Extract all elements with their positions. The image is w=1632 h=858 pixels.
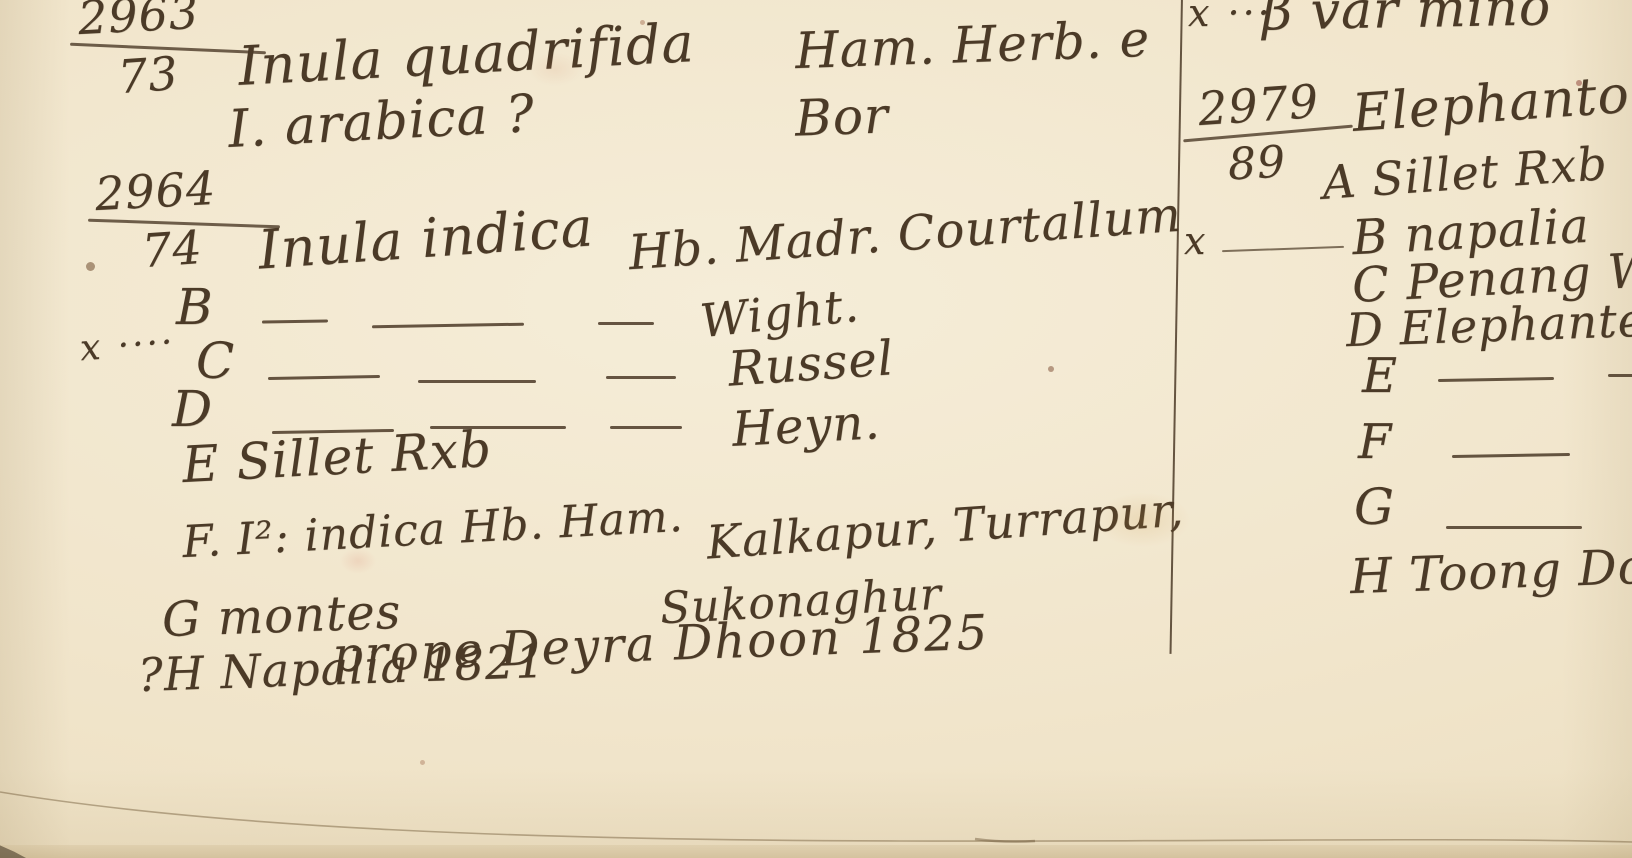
catalogue-number-2963: 2963: [77, 0, 200, 41]
specimen-row-a: A Sillet Rxb: [1321, 140, 1609, 206]
ink-speck: [86, 262, 95, 271]
catalogue-number-2964: 2964: [94, 165, 217, 217]
specimen-row-label-b: B: [176, 282, 214, 332]
ink-speck: [1048, 366, 1054, 372]
specimen-row-d: D Elephante: [1345, 297, 1632, 353]
species-name-2964: Inula indica: [257, 200, 596, 277]
ditto-mark: [610, 426, 682, 429]
ditto-mark: [606, 376, 676, 379]
collector-name-heyn: Heyn.: [731, 398, 882, 454]
catalogue-number-2979: 2979: [1197, 78, 1321, 132]
page-bottom-shadow: [0, 845, 1632, 858]
specimen-row-label-e: E: [1362, 352, 1398, 400]
ditto-mark: [418, 380, 536, 383]
ditto-mark: [1452, 453, 1570, 458]
specimen-row-h: H Toong Do: [1349, 543, 1632, 601]
herbarium-reference-2964: Hb. Madr. Courtallum: [627, 191, 1183, 278]
ditto-mark: [1608, 374, 1632, 377]
collector-name-russel: Russel: [727, 334, 896, 393]
ditto-mark: [598, 322, 654, 325]
collector-number-73: 73: [116, 50, 180, 100]
specimen-row-f: F. I²: indica Hb. Ham.: [181, 495, 684, 565]
ditto-mark: [1446, 526, 1582, 529]
specimen-row-e: E Sillet Rxb: [181, 424, 493, 490]
column-divider-rule: [1170, 0, 1183, 654]
collector-number-89: 89: [1227, 141, 1287, 188]
ditto-mark: [1438, 377, 1554, 382]
ditto-mark: [372, 323, 524, 329]
species-name-2963: Inula quadrifida: [237, 16, 696, 94]
ditto-mark: [268, 375, 380, 380]
manuscript-page: 2963 73 Inula quadrifida Ham. Herb. e I.…: [0, 0, 1632, 858]
specimen-row-h: ?H Napalia 1821: [137, 638, 546, 698]
margin-x-mark: x ····: [79, 325, 177, 368]
margin-x-mark: x: [1184, 222, 1206, 260]
specimen-row-label-f: F: [1358, 418, 1392, 466]
specimen-row-label-c: C: [196, 336, 235, 386]
collector-number-74: 74: [140, 224, 204, 274]
margin-leader-line: [1222, 246, 1344, 252]
variety-note: β var mino: [1262, 0, 1552, 39]
locality-kalkapur-turrapur: Kalkapur, Turrapur,: [705, 486, 1185, 565]
locality-2963: Bor: [794, 90, 889, 143]
specimen-row-label-d: D: [172, 384, 213, 434]
margin-x-mark: x ···: [1188, 0, 1273, 32]
ditto-mark: [262, 319, 328, 323]
species-name-2979: Elephantopu: [1351, 64, 1632, 140]
page-edge-curve: [0, 740, 1632, 858]
specimen-row-label-g: G: [1354, 482, 1395, 532]
synonym-query-2963: I. arabica ?: [227, 88, 536, 156]
herbarium-reference-2963: Ham. Herb. e: [794, 14, 1151, 76]
